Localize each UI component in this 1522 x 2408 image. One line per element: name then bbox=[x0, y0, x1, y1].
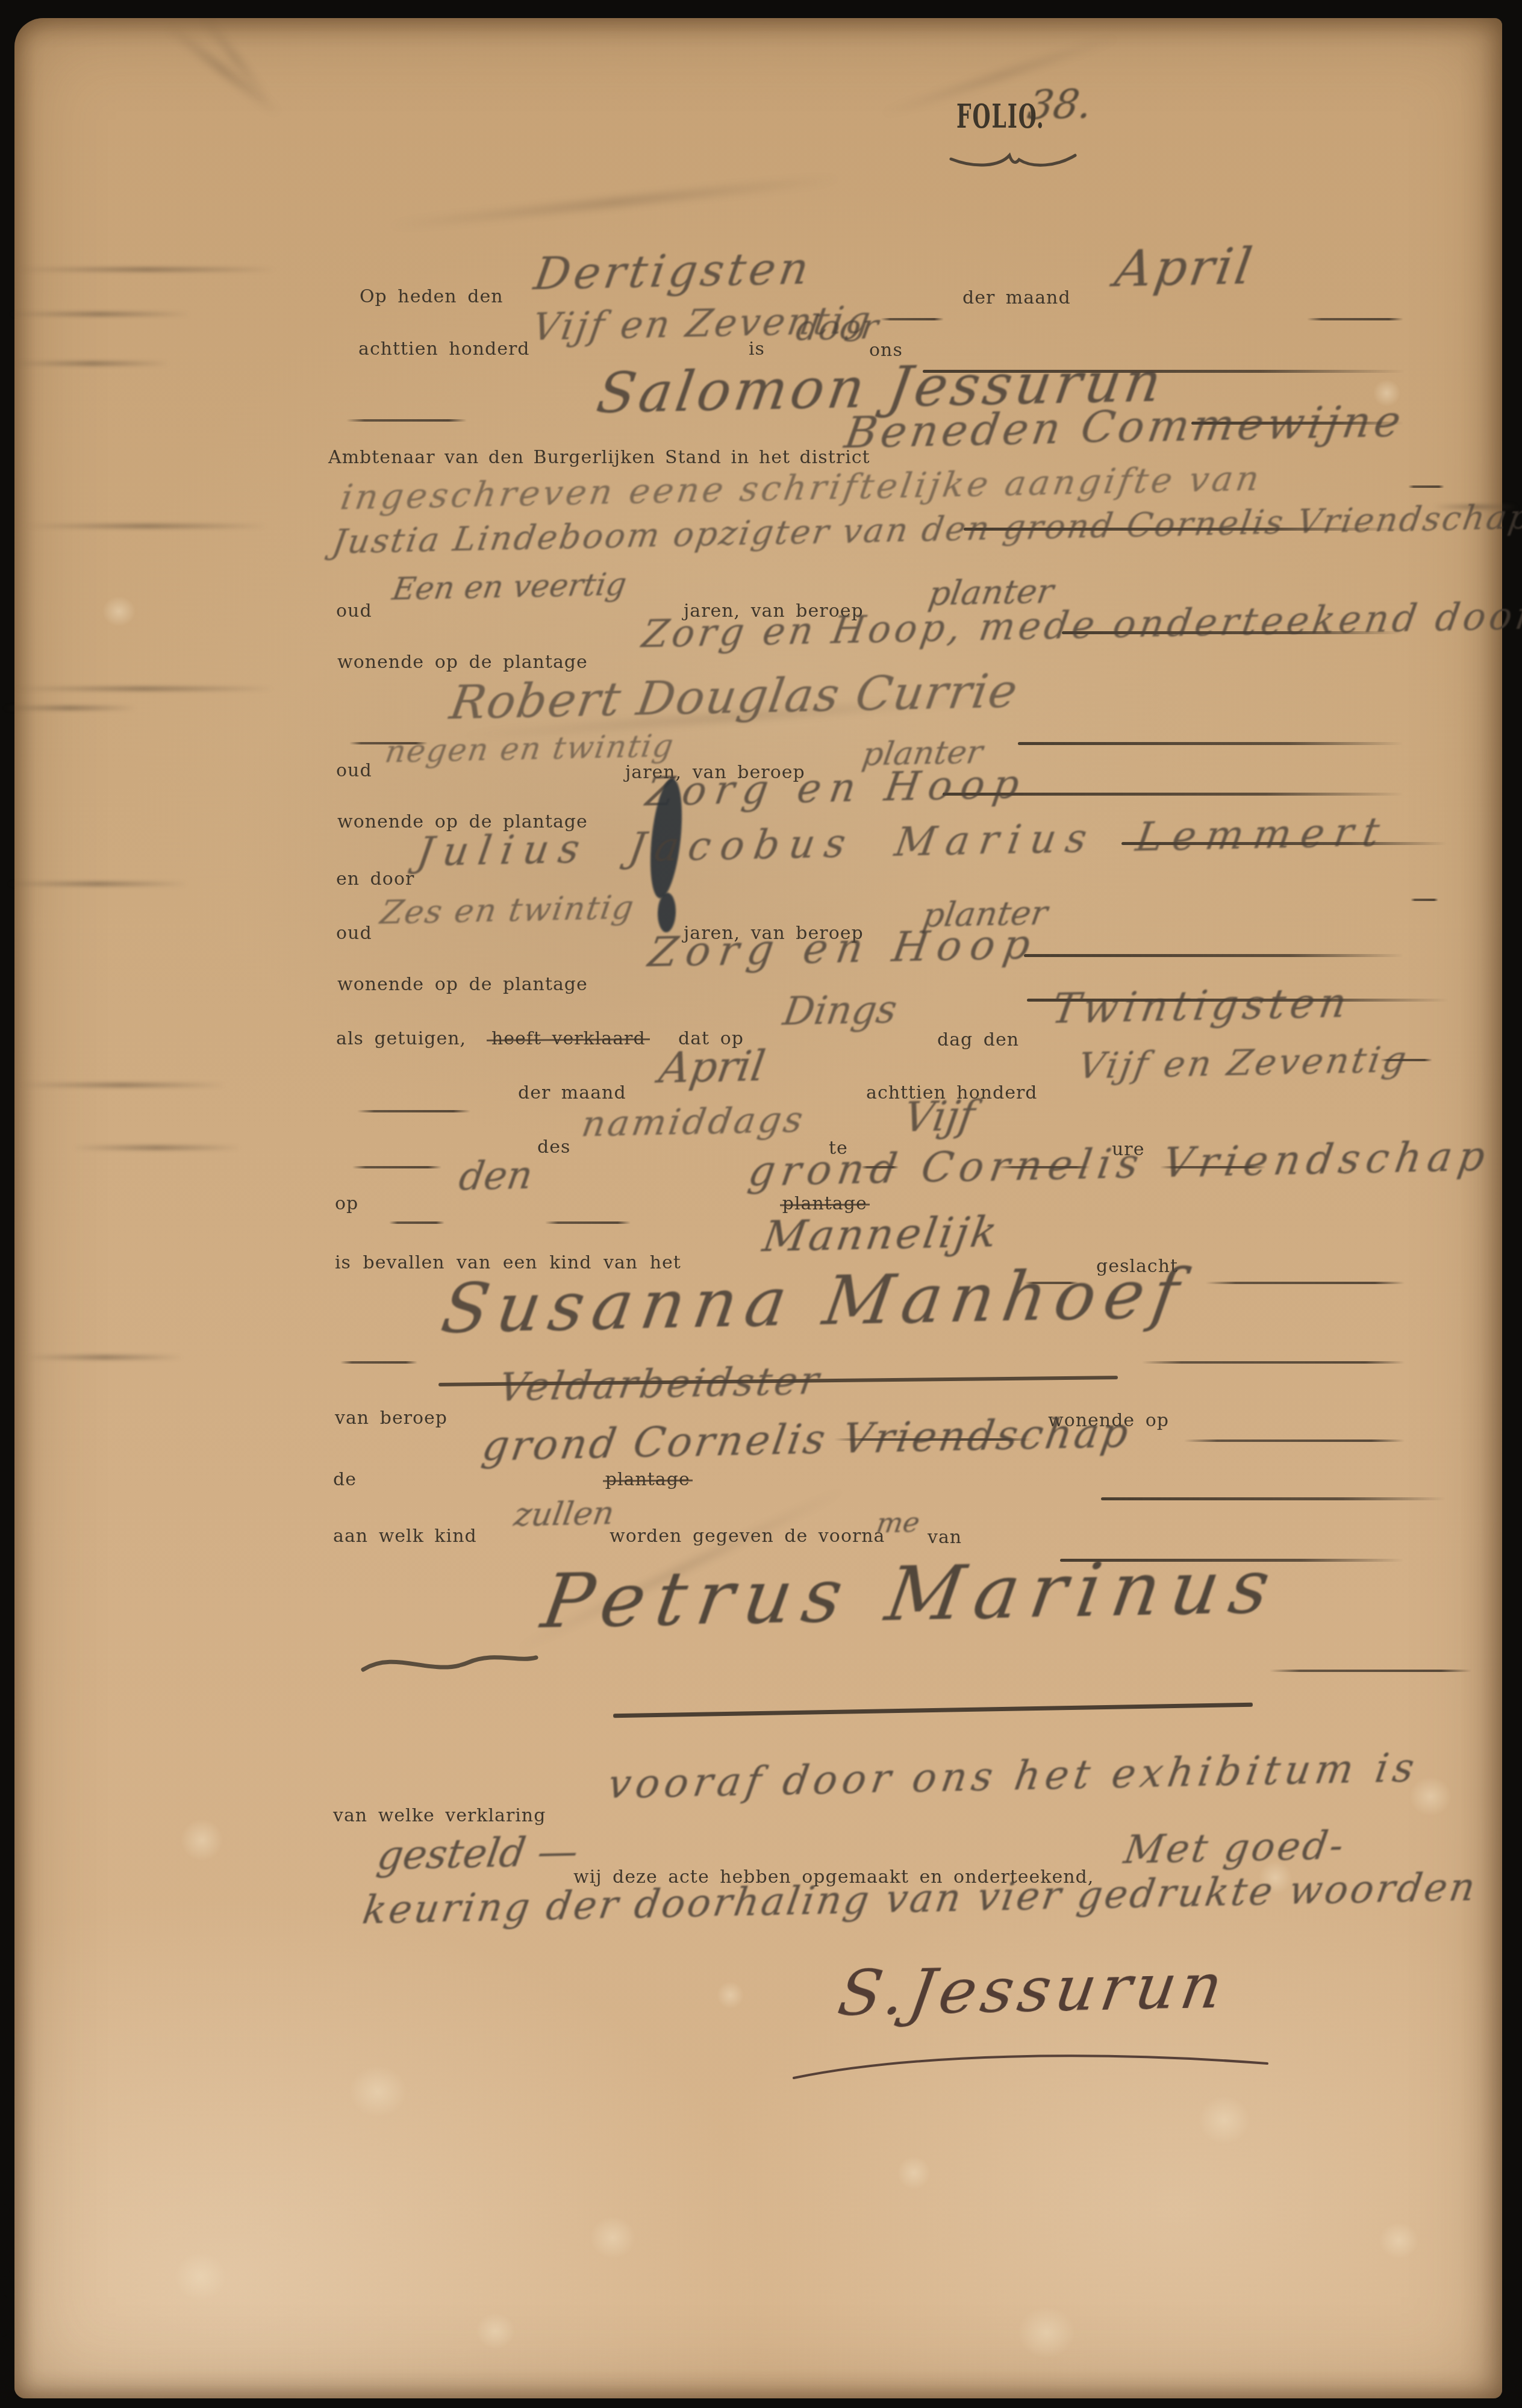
handwritten-day-dertigsten: Dertigsten bbox=[531, 246, 816, 296]
handwritten-witness1-name: Robert Douglas Currie bbox=[447, 667, 1021, 726]
handwritten-year-vijfenzeventig: Vijf en Zeventig bbox=[1076, 1041, 1411, 1084]
ruling-line bbox=[1408, 485, 1444, 488]
handwritten-month-april: April bbox=[657, 1044, 768, 1089]
printed-oud: oud bbox=[336, 925, 372, 943]
ruling-line bbox=[346, 419, 467, 422]
printed-wonende-plantage: wonende op de plantage bbox=[337, 653, 588, 672]
ruling-line bbox=[1018, 742, 1403, 745]
margin-smudge bbox=[10, 312, 190, 316]
printed-ambtenaar-district: Ambtenaar van den Burgerlijken Stand in … bbox=[328, 449, 870, 467]
stain bbox=[1379, 2222, 1418, 2259]
stain bbox=[102, 596, 136, 626]
handwritten-mother-name: Susanna Manhoef bbox=[437, 1260, 1191, 1343]
margin-smudge bbox=[7, 882, 188, 886]
handwritten-voornamen-suffix: me bbox=[875, 1509, 922, 1537]
stain bbox=[476, 2313, 515, 2349]
handwritten-age-zesentwintig: Zes en twintig bbox=[378, 891, 637, 929]
handwritten-weekday-dings: Dings bbox=[781, 990, 899, 1031]
handwritten-mother-beroep: Veldarbeidster bbox=[496, 1362, 824, 1407]
handwritten-plantage-zorgenhoop: Zorg en Hoop bbox=[646, 925, 1041, 973]
printed-van-welke-verklaring: van welke verklaring bbox=[333, 1807, 546, 1825]
signature-flourish-icon bbox=[790, 2047, 1272, 2085]
handwritten-geslacht-mannelijk: Mannelijk bbox=[760, 1211, 1002, 1258]
margin-smudge bbox=[27, 1355, 183, 1359]
handwritten-hour-vijf: Vijf bbox=[901, 1096, 978, 1138]
printed-der-maand: der maand bbox=[518, 1084, 626, 1102]
ruling-line bbox=[389, 1221, 444, 1224]
folio-number: 38. bbox=[1025, 84, 1095, 125]
ruling-line bbox=[1270, 1670, 1471, 1672]
document-scan: { "document_type": "civil-registry-birth… bbox=[0, 0, 1522, 2408]
handwritten-child-name: Petrus Marinus bbox=[537, 1550, 1285, 1639]
margin-smudge bbox=[27, 524, 267, 528]
printed-achttien-honderd: achttien honderd bbox=[358, 340, 530, 358]
stain bbox=[175, 2253, 226, 2301]
stain bbox=[717, 1982, 744, 2009]
ruling-line bbox=[881, 318, 944, 320]
stain bbox=[349, 2066, 407, 2117]
handwritten-met-goed: Met goed- bbox=[1121, 1826, 1349, 1870]
stain bbox=[1018, 2307, 1075, 2358]
registrar-signature: S.Jessurun bbox=[834, 1954, 1232, 2025]
handwritten-plantage-zorgenhoop: Zorg en Hoop bbox=[643, 764, 1031, 812]
ruling-line bbox=[352, 1166, 441, 1168]
ruling-line bbox=[340, 1361, 417, 1364]
handwritten-den: den bbox=[457, 1156, 535, 1196]
printed-oud: oud bbox=[336, 602, 372, 620]
stain bbox=[1199, 2096, 1250, 2144]
printed-plantage-struck: plantage bbox=[605, 1469, 690, 1490]
printed-van-beroep: van beroep bbox=[335, 1409, 448, 1427]
printed-aan-welk-kind: aan welk kind bbox=[333, 1527, 477, 1546]
printed-wonende-plantage: wonende op de plantage bbox=[337, 976, 588, 994]
printed-de: de bbox=[333, 1471, 357, 1489]
ruling-line bbox=[1411, 899, 1438, 901]
printed-heeft-verklaard-struck: heeft verklaard bbox=[491, 1028, 646, 1049]
flourish-icon bbox=[360, 1643, 541, 1682]
handwritten-age-eenenveertig: Een en veertig bbox=[390, 569, 629, 605]
handwritten-namiddags: namiddags bbox=[579, 1101, 808, 1142]
ruling-line bbox=[1101, 1497, 1446, 1500]
printed-van: van bbox=[928, 1529, 962, 1547]
handwritten-zullen: zullen bbox=[512, 1497, 616, 1531]
ruling-line bbox=[1206, 1282, 1405, 1284]
ruling-line bbox=[1184, 1439, 1405, 1442]
handwritten-month-april: April bbox=[1112, 240, 1258, 294]
handwritten-date-twintigsten: Twintigsten bbox=[1049, 983, 1354, 1030]
handwritten-door: door bbox=[794, 308, 881, 345]
ruling-line bbox=[1307, 318, 1403, 320]
ruling-line bbox=[1024, 954, 1403, 957]
ruling-line bbox=[1142, 1361, 1405, 1364]
printed-is: is bbox=[749, 340, 765, 358]
paper-edge-notch bbox=[0, 2204, 10, 2277]
margin-smudge bbox=[17, 267, 276, 272]
printed-oud: oud bbox=[336, 762, 372, 780]
printed-op: op bbox=[335, 1195, 358, 1213]
printed-dag-den: dag den bbox=[937, 1031, 1019, 1049]
margin-smudge bbox=[16, 361, 169, 366]
printed-des: des bbox=[537, 1138, 570, 1156]
printed-en-door: en door bbox=[336, 870, 414, 888]
folio-flourish-icon bbox=[949, 148, 1078, 173]
stain bbox=[590, 2216, 635, 2259]
printed-worden-gegeven: worden gegeven de voorna bbox=[610, 1527, 885, 1546]
margin-smudge bbox=[14, 687, 273, 691]
paper-edge-notch bbox=[0, 2295, 7, 2337]
handwritten-gesteld: gesteld — bbox=[375, 1832, 581, 1876]
handwritten-district: Beneden Commewijne bbox=[842, 399, 1407, 454]
margin-smudge bbox=[20, 1083, 225, 1087]
stain bbox=[181, 1819, 223, 1861]
stain bbox=[897, 2156, 931, 2189]
printed-als-getuigen: als getuigen, bbox=[336, 1030, 466, 1048]
margin-smudge bbox=[72, 1146, 241, 1150]
ruling-line bbox=[357, 1110, 470, 1112]
printed-der-maand: der maand bbox=[962, 289, 1071, 307]
ruling-line bbox=[545, 1221, 631, 1224]
printed-op-heden-den: Op heden den bbox=[360, 288, 504, 306]
margin-smudge bbox=[4, 706, 136, 710]
